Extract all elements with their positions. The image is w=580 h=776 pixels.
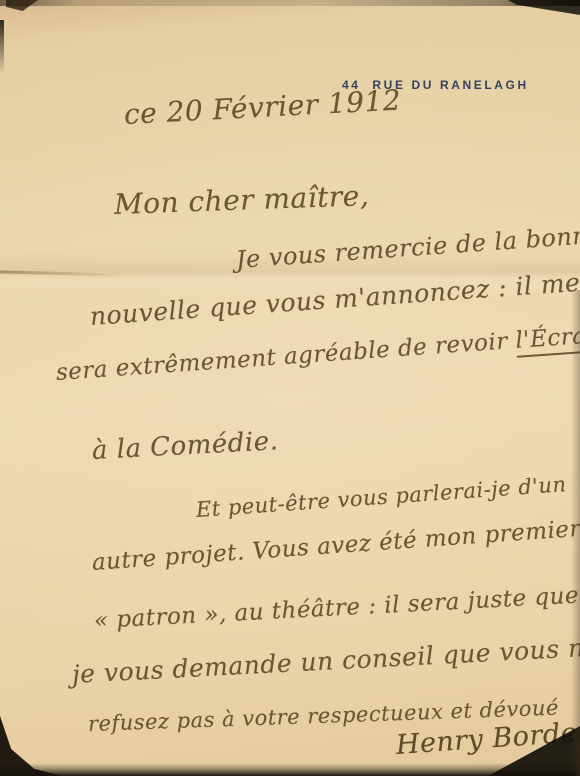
photo-edge-top <box>0 0 580 6</box>
letter-photo: 44 RUE DU RANELAGH ce 20 Février 1912 Mo… <box>0 0 580 776</box>
photo-edge-right <box>571 290 580 776</box>
photo-edge-left <box>0 20 4 74</box>
